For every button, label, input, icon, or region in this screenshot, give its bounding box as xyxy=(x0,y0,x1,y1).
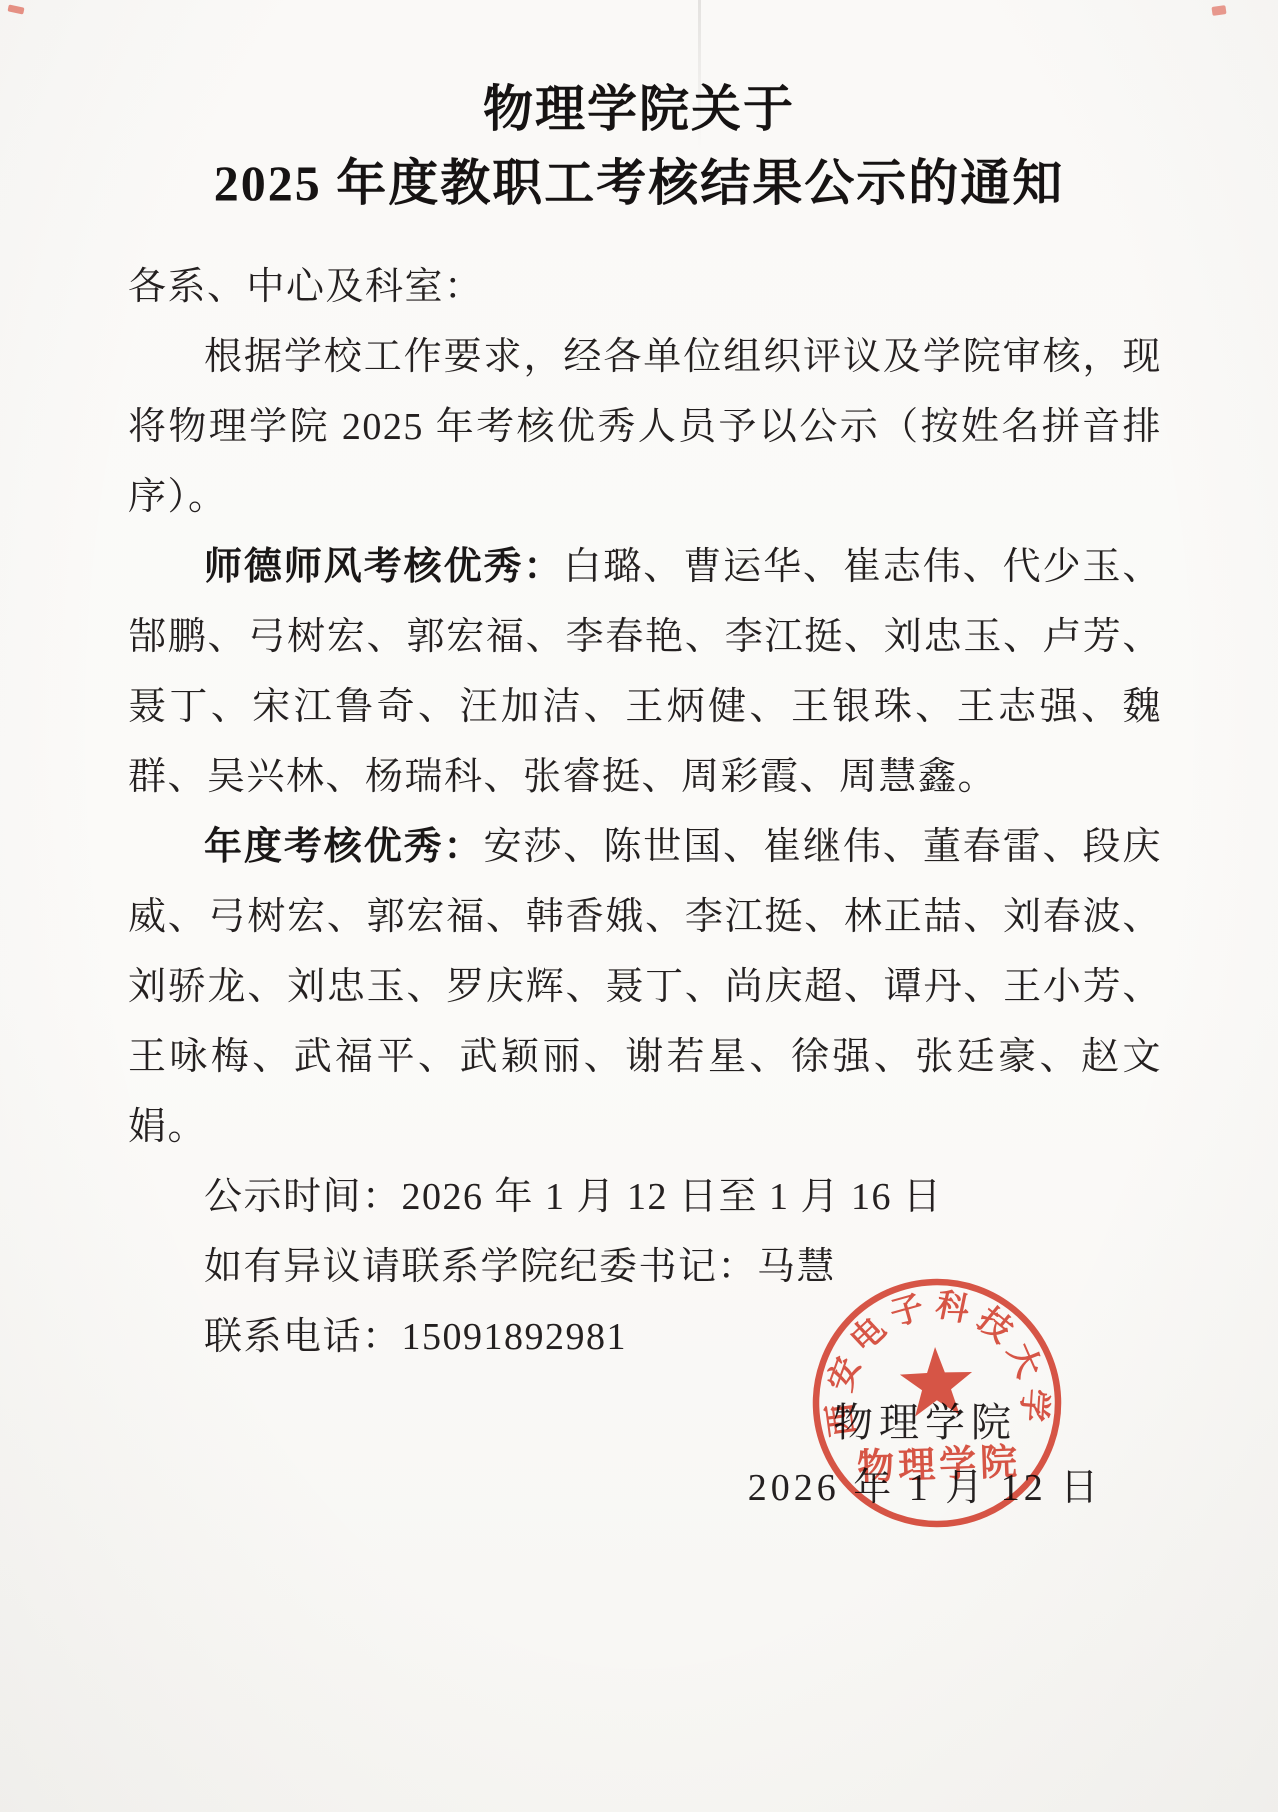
notice-period: 公示时间：2026 年 1 月 12 日至 1 月 16 日 xyxy=(128,1162,1162,1232)
section-shide-label: 师德师风考核优秀： xyxy=(204,546,563,588)
intro-paragraph: 根据学校工作要求，经各单位组织评议及学院审核，现将物理学院 2025 年考核优秀… xyxy=(128,322,1162,532)
notice-body: 各系、中心及科室： 根据学校工作要求，经各单位组织评议及学院审核，现将物理学院 … xyxy=(128,252,1162,1372)
star-icon xyxy=(899,1346,974,1417)
seal-graphic: 西安电子科技大学 物理学院 xyxy=(803,1269,1072,1538)
document-page: 物理学院关于 2025 年度教职工考核结果公示的通知 各系、中心及科室： 根据学… xyxy=(0,0,1278,1812)
official-seal: 西安电子科技大学 物理学院 xyxy=(803,1269,1072,1538)
title-line-1: 物理学院关于 xyxy=(0,72,1278,146)
salutation: 各系、中心及科室： xyxy=(128,252,1162,322)
photo-artifact-top-right xyxy=(1211,5,1226,16)
section-shide-paragraph: 师德师风考核优秀：白璐、曹运华、崔志伟、代少玉、郜鹏、弓树宏、郭宏福、李春艳、李… xyxy=(128,532,1162,812)
photo-artifact-top-left xyxy=(7,4,24,14)
section-annual-paragraph: 年度考核优秀：安莎、陈世国、崔继伟、董春雷、段庆威、弓树宏、郭宏福、韩香娥、李江… xyxy=(128,812,1162,1162)
section-annual-label: 年度考核优秀： xyxy=(204,826,484,868)
notice-title: 物理学院关于 2025 年度教职工考核结果公示的通知 xyxy=(0,72,1278,220)
section-annual-names: 安莎、陈世国、崔继伟、董春雷、段庆威、弓树宏、郭宏福、韩香娥、李江挺、林正喆、刘… xyxy=(128,826,1162,1148)
title-line-2: 2025 年度教职工考核结果公示的通知 xyxy=(0,146,1278,220)
seal-center-text: 物理学院 xyxy=(856,1441,1021,1489)
